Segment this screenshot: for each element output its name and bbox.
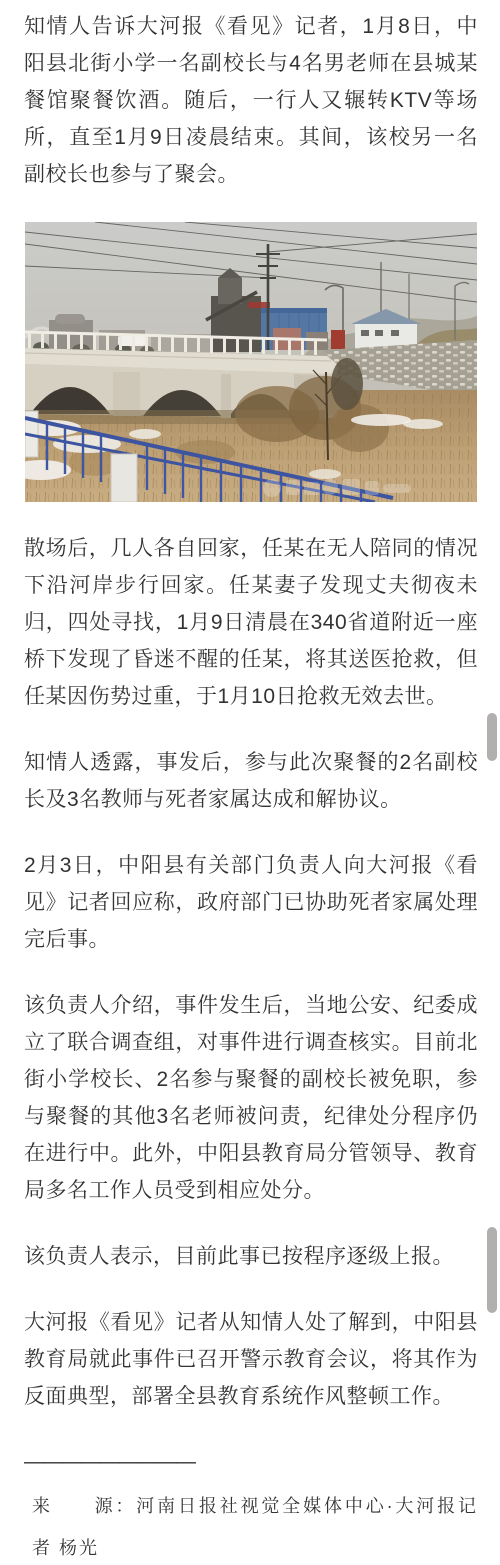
photo-red-truck [331,330,345,349]
article-paragraph: 该负责人表示，目前此事已按程序逐级上报。 [24,1238,478,1275]
article-paragraph: 大河报《看见》记者从知情人处了解到，中阳县教育局就此事件已召开警示教育会议，将其… [24,1304,478,1415]
article-paragraph: 该负责人介绍，事件发生后，当地公安、纪委成立了联合调查组，对事件进行调查核实。目… [24,987,478,1209]
article-paragraph: 2月3日，中阳县有关部门负责人向大河报《看见》记者回应称，政府部门已协助死者家属… [24,847,478,958]
scrollbar-thumb[interactable] [487,713,497,761]
article-paragraph: 知情人告诉大河报《看见》记者，1月8日，中阳县北街小学一名副校长与4名男老师在县… [24,8,478,193]
bridge-river-photo[interactable] [25,222,477,502]
divider: ————————— [24,1444,478,1481]
article-paragraph: 知情人透露，事发后，参与此次聚餐的2名副校长及3名教师与死者家属达成和解协议。 [24,744,478,818]
article-body: 知情人告诉大河报《看见》记者，1月8日，中阳县北街小学一名副校长与4名男老师在县… [0,0,500,1565]
scrollbar-thumb[interactable] [487,1227,497,1313]
article-paragraph: 散场后，几人各自回家，任某在无人陪同的情况下沿河岸步行回家。任某妻子发现丈夫彻夜… [24,530,478,715]
source-attribution: 来 源：河南日报社视觉全媒体中心·大河报记者 杨光 [32,1485,478,1565]
bridge-river-photo-scene [25,222,477,502]
